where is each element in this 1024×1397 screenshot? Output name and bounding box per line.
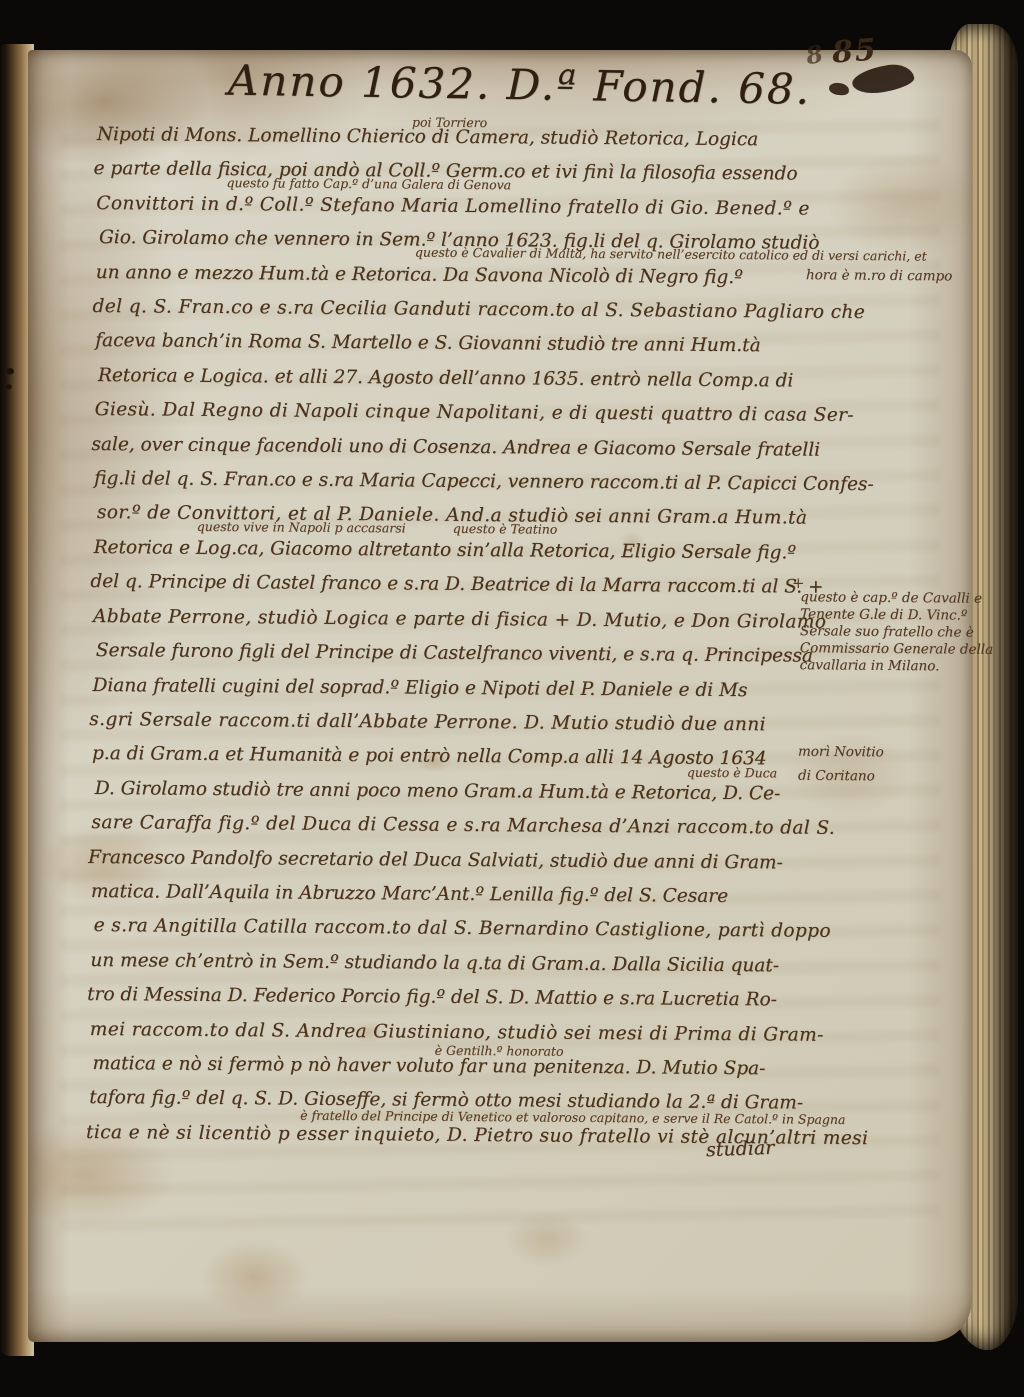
- manuscript-line: Convittori in d.º Coll.º Stefano Maria L…: [96, 187, 807, 227]
- interlinear-note: questo vive in Napoli p accasarsi: [197, 519, 406, 536]
- manuscript-line: Francesco Pandolfo secretario del Duca S…: [88, 841, 802, 881]
- manuscript-line: sale, over cinque facendoli uno di Cosen…: [91, 428, 805, 468]
- manuscript-line: fig.li del q. S. Fran.co e s.ra Maria Ca…: [94, 462, 805, 502]
- manuscript-line: Retorica e Logica. et alli 27. Agosto de…: [98, 359, 806, 399]
- margin-note: questo è cap.º de Cavalli e Tenente G.le…: [800, 589, 997, 676]
- manuscript-line: un mese ch’entrò in Sem.º studiando la q…: [90, 944, 801, 984]
- margin-note: morì Novitio: [798, 744, 884, 762]
- catchword: studiar: [706, 1137, 775, 1161]
- margin-note: hora è m.ro di campo: [806, 267, 1006, 286]
- manuscript-line: matica. Dall’Aquila in Abruzzo Marc’Ant.…: [91, 875, 802, 915]
- interlinear-note: è Gentilh.º honorato: [435, 1043, 564, 1059]
- margin-note: di Coritano: [798, 768, 875, 786]
- manuscript-line: s.gri Sersale raccom.ti dall’Abbate Perr…: [89, 703, 803, 743]
- manuscript-line: tro di Messina D. Federico Porcio fig.º …: [87, 978, 801, 1018]
- manuscript-line: faceva banch’in Roma S. Martello e S. Gi…: [95, 324, 806, 364]
- manuscript-line: Retorica e Log.ca, Giacomo altretanto si…: [93, 531, 804, 571]
- folio-number-ghost: 8: [804, 39, 825, 70]
- manuscript-line: Diana fratelli cugini del soprad.º Eligi…: [92, 669, 803, 709]
- spine-ink-marks: [3, 366, 17, 392]
- manuscript-line: Abbate Perrone, studiò Logica e parte di…: [93, 600, 804, 640]
- manuscript-line: del q. Principe di Castel franco e s.ra …: [90, 565, 804, 605]
- manuscript-line: del q. S. Fran.co e s.ra Cecilia Ganduti…: [92, 290, 806, 330]
- manuscript-line: Sersale furono figli del Principe di Cas…: [96, 634, 804, 674]
- manuscript-line: sare Caraffa fig.º del Duca di Cessa e s…: [91, 806, 802, 846]
- manuscript-text-block: Nipoti di Mons. Lomellino Chierico di Ca…: [86, 118, 808, 1156]
- manuscript-line: Giesù. Dal Regno di Napoli cinque Napoli…: [95, 393, 806, 433]
- interlinear-note: questo è Duca: [687, 765, 777, 781]
- manuscript-line: e s.ra Angitilla Catilla raccom.to dal S…: [94, 909, 802, 949]
- manuscript-scan: Anno 1632. D.ª Fond. 68. 8 85 Nipoti di …: [0, 0, 1024, 1397]
- folio-number: 85: [831, 32, 879, 70]
- interlinear-note: poi Torriero: [412, 114, 487, 130]
- page-title: Anno 1632. D.ª Fond. 68.: [228, 56, 789, 114]
- interlinear-note: questo fu fatto Cap.º d’una Galera di Ge…: [226, 175, 511, 192]
- interlinear-note: questo è Teatino: [453, 521, 558, 537]
